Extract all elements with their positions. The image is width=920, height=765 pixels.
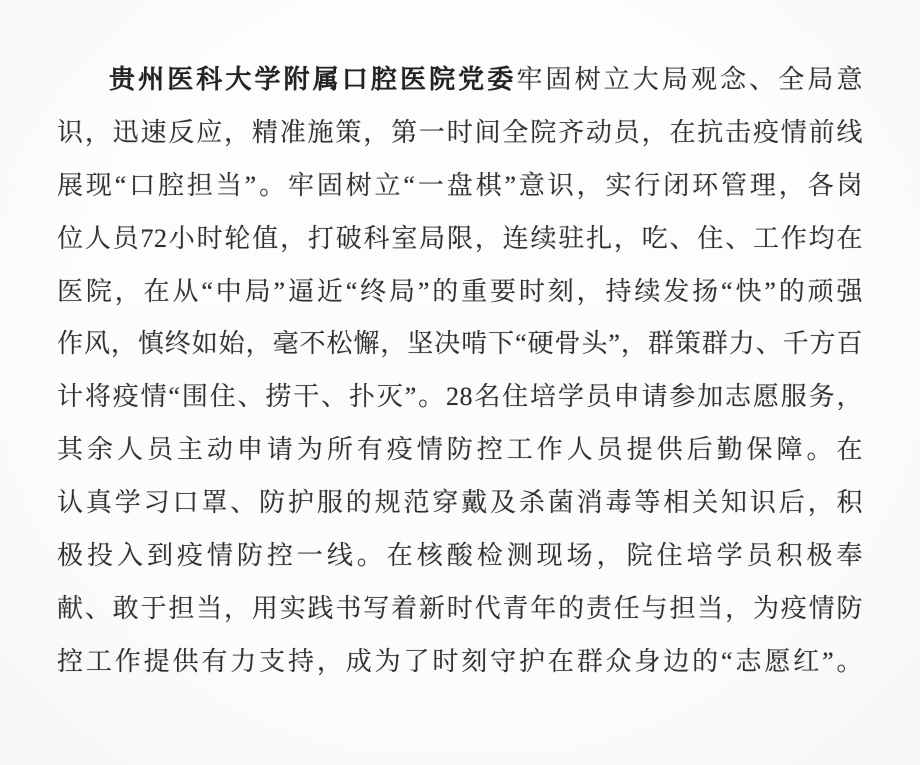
text-line: 献、敢于担当，用实践书写着新时代青年的责任与担当，为疫情防: [57, 583, 863, 636]
text-line: 医院，在从“中局”逼近“终局”的重要时刻，持续发扬“快”的顽强: [57, 266, 863, 319]
paragraph-block: 贵州医科大学附属口腔医院党委牢固树立大局观念、全局意 识，迅速反应，精准施策，第…: [57, 54, 863, 689]
text-line: 认真学习口罩、防护服的规范穿戴及杀菌消毒等相关知识后，积: [57, 477, 863, 530]
text-line: 识，迅速反应，精准施策，第一时间全院齐动员，在抗击疫情前线: [57, 107, 863, 160]
text-line: 计将疫情“围住、捞干、扑灭”。28名住培学员申请参加志愿服务，: [57, 371, 863, 424]
text-line: 极投入到疫情防控一线。在核酸检测现场，院住培学员积极奉: [57, 530, 863, 583]
text-line: 展现“口腔担当”。牢固树立“一盘棋”意识，实行闭环管理，各岗: [57, 160, 863, 213]
text-line: 贵州医科大学附属口腔医院党委牢固树立大局观念、全局意: [57, 54, 863, 107]
text-line: 其余人员主动申请为所有疫情防控工作人员提供后勤保障。在: [57, 424, 863, 477]
text-line-content: 牢固树立大局观念、全局意: [516, 65, 863, 94]
text-line: 作风，慎终如始，毫不松懈，坚决啃下“硬骨头”，群策群力、千方百: [57, 318, 863, 371]
paragraph-lead-bold: 贵州医科大学附属口腔医院党委: [109, 65, 516, 94]
text-line: 控工作提供有力支持，成为了时刻守护在群众身边的“志愿红”。: [57, 636, 863, 689]
text-line: 位人员72小时轮值，打破科室局限，连续驻扎，吃、住、工作均在: [57, 213, 863, 266]
scanned-document-page: 贵州医科大学附属口腔医院党委牢固树立大局观念、全局意 识，迅速反应，精准施策，第…: [0, 0, 920, 765]
